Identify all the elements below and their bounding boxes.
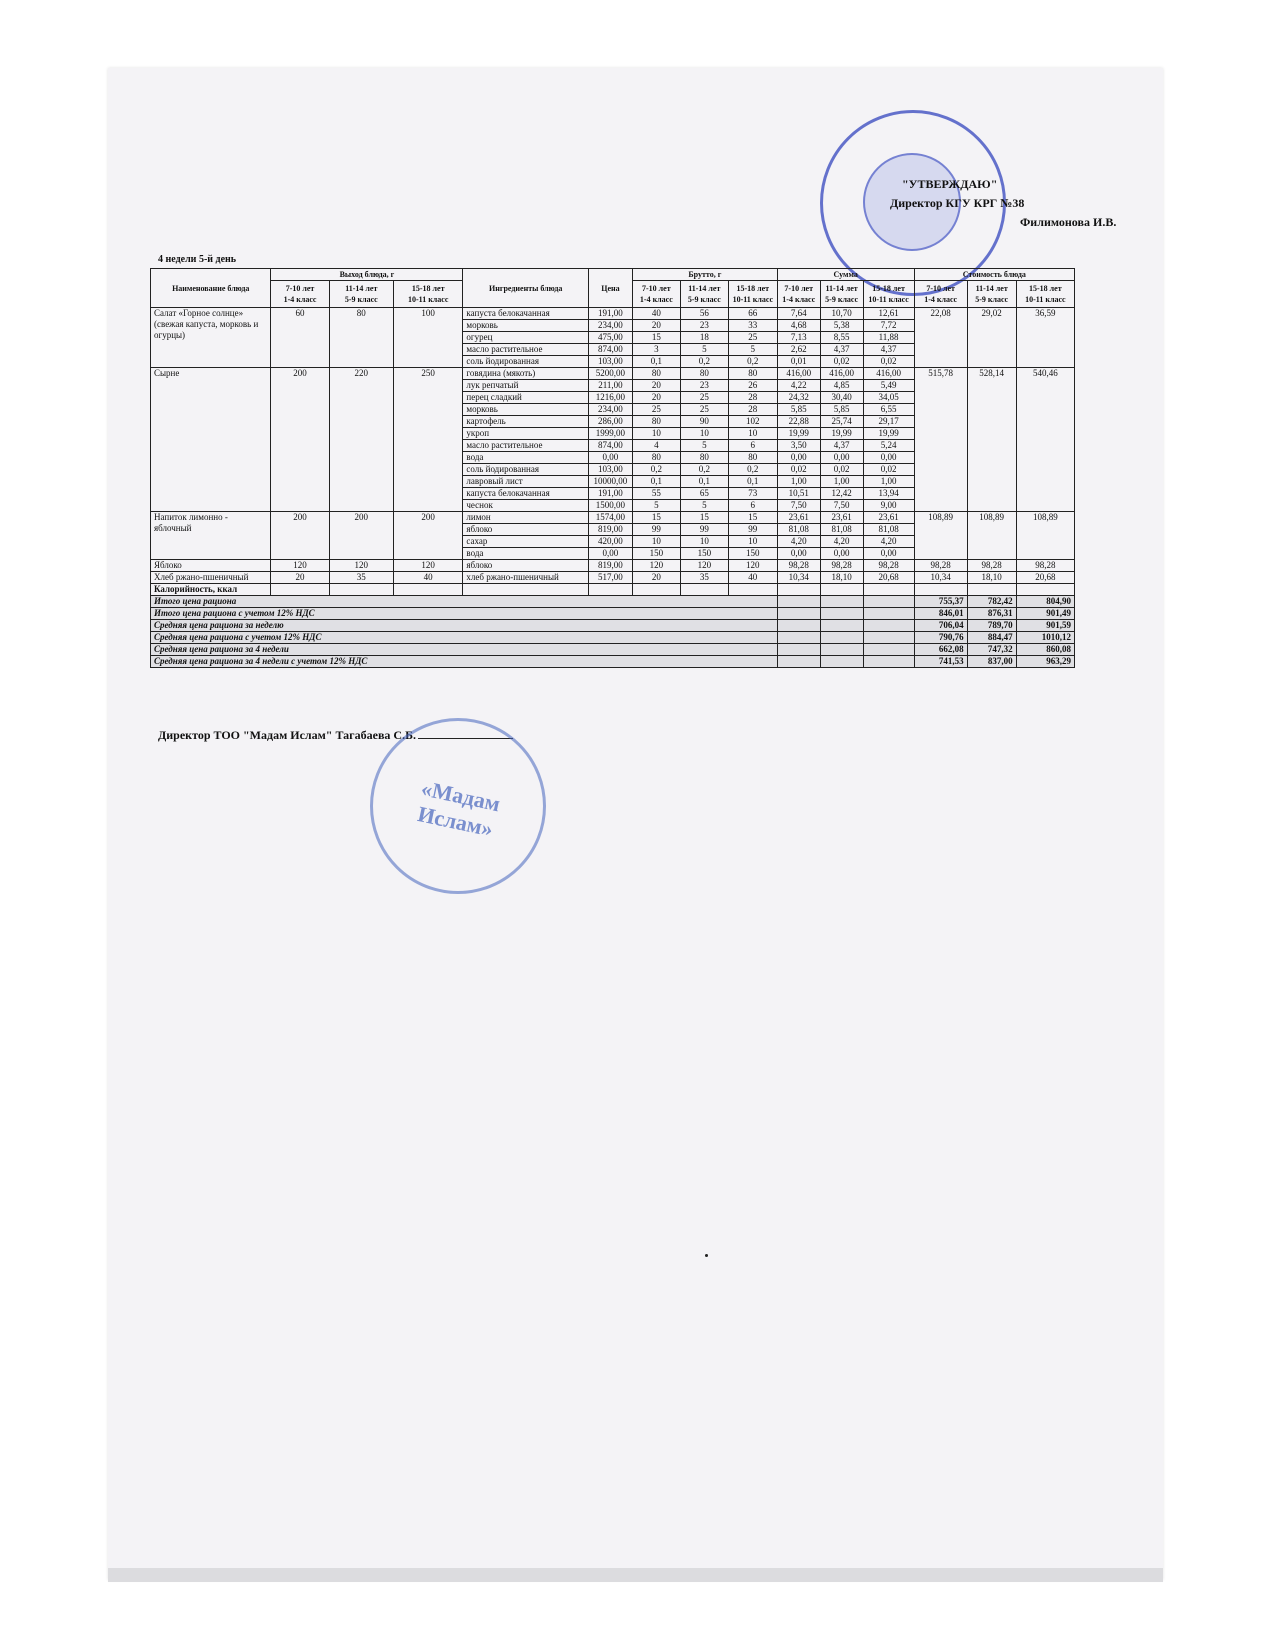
header-output: Выход блюда, г bbox=[271, 269, 463, 281]
sum-value: 0,02 bbox=[777, 464, 820, 476]
sum-value: 20,68 bbox=[863, 572, 914, 584]
brutto-value: 25 bbox=[728, 332, 777, 344]
brutto-value: 10 bbox=[728, 428, 777, 440]
dish-cost: 10,34 bbox=[914, 572, 967, 584]
sum-value: 22,88 bbox=[777, 416, 820, 428]
brutto-value: 25 bbox=[680, 404, 728, 416]
ingredient-name: перец сладкий bbox=[463, 392, 589, 404]
dish-cost: 540,46 bbox=[1016, 368, 1074, 512]
sum-value: 98,28 bbox=[820, 560, 863, 572]
sum-value: 10,34 bbox=[777, 572, 820, 584]
sum-value: 5,24 bbox=[863, 440, 914, 452]
sum-value: 19,99 bbox=[820, 428, 863, 440]
sum-value: 416,00 bbox=[777, 368, 820, 380]
summary-row: Средняя цена рациона с учетом 12% НДС790… bbox=[151, 632, 1075, 644]
dish-output: 200 bbox=[393, 512, 462, 560]
ingredient-price: 103,00 bbox=[588, 356, 632, 368]
brutto-value: 80 bbox=[632, 416, 680, 428]
sum-value: 81,08 bbox=[777, 524, 820, 536]
dish-output: 220 bbox=[329, 368, 393, 512]
ingredient-price: 5200,00 bbox=[588, 368, 632, 380]
summary-value: 1010,12 bbox=[1016, 632, 1074, 644]
approval-block: "УТВЕРЖДАЮ" Директор КГУ КРГ №38 Филимон… bbox=[890, 175, 1116, 232]
header-age-group: 7-10 лет1-4 класс bbox=[777, 281, 820, 308]
summary-row: Средняя цена рациона за 4 недели с учето… bbox=[151, 656, 1075, 668]
ingredient-name: сахар bbox=[463, 536, 589, 548]
ingredient-price: 0,00 bbox=[588, 452, 632, 464]
brutto-value: 80 bbox=[728, 452, 777, 464]
brutto-value: 6 bbox=[728, 440, 777, 452]
sum-value: 416,00 bbox=[863, 368, 914, 380]
sum-value: 4,37 bbox=[863, 344, 914, 356]
header-age-group: 7-10 лет1-4 класс bbox=[632, 281, 680, 308]
sum-value: 10,70 bbox=[820, 308, 863, 320]
calories-row: Калорийность, ккал bbox=[151, 584, 1075, 596]
ingredient-price: 191,00 bbox=[588, 488, 632, 500]
sum-value: 7,64 bbox=[777, 308, 820, 320]
dish-output: 35 bbox=[329, 572, 393, 584]
header-age-group: 11-14 лет5-9 класс bbox=[820, 281, 863, 308]
ingredient-name: морковь bbox=[463, 404, 589, 416]
table-row: Салат «Горное солнце» (свежая капуста, м… bbox=[151, 308, 1075, 320]
brutto-value: 15 bbox=[632, 332, 680, 344]
summary-row: Итого цена рациона755,37782,42804,90 bbox=[151, 596, 1075, 608]
company-stamp: «Мадам Ислам» bbox=[370, 718, 546, 894]
ingredient-name: масло растительное bbox=[463, 440, 589, 452]
dish-cost: 36,59 bbox=[1016, 308, 1074, 368]
summary-value: 755,37 bbox=[914, 596, 967, 608]
sum-value: 0,01 bbox=[777, 356, 820, 368]
dish-cost: 108,89 bbox=[1016, 512, 1074, 560]
sum-value: 2,62 bbox=[777, 344, 820, 356]
brutto-value: 10 bbox=[680, 428, 728, 440]
sum-value: 1,00 bbox=[777, 476, 820, 488]
ingredient-name: лавровый лист bbox=[463, 476, 589, 488]
ingredient-price: 874,00 bbox=[588, 344, 632, 356]
sum-value: 0,00 bbox=[863, 452, 914, 464]
sum-value: 0,02 bbox=[863, 356, 914, 368]
header-sum: Сумма bbox=[777, 269, 914, 281]
summary-label: Средняя цена рациона с учетом 12% НДС bbox=[151, 632, 778, 644]
brutto-value: 23 bbox=[680, 380, 728, 392]
sum-value: 4,20 bbox=[863, 536, 914, 548]
sum-value: 30,40 bbox=[820, 392, 863, 404]
brutto-value: 25 bbox=[632, 404, 680, 416]
summary-value: 741,53 bbox=[914, 656, 967, 668]
brutto-value: 20 bbox=[632, 380, 680, 392]
ingredient-name: соль йодированная bbox=[463, 464, 589, 476]
summary-row: Итого цена рациона с учетом 12% НДС846,0… bbox=[151, 608, 1075, 620]
sum-value: 12,42 bbox=[820, 488, 863, 500]
ingredient-name: вода bbox=[463, 548, 589, 560]
ingredient-price: 10000,00 bbox=[588, 476, 632, 488]
brutto-value: 18 bbox=[680, 332, 728, 344]
dish-name: Хлеб ржано-пшеничный bbox=[151, 572, 271, 584]
sum-value: 6,55 bbox=[863, 404, 914, 416]
brutto-value: 66 bbox=[728, 308, 777, 320]
brutto-value: 99 bbox=[632, 524, 680, 536]
brutto-value: 3 bbox=[632, 344, 680, 356]
summary-value: 901,49 bbox=[1016, 608, 1074, 620]
ingredient-name: соль йодированная bbox=[463, 356, 589, 368]
ingredient-name: капуста белокачанная bbox=[463, 308, 589, 320]
brutto-value: 80 bbox=[680, 452, 728, 464]
page-edge bbox=[108, 1568, 1163, 1582]
sum-value: 0,02 bbox=[863, 464, 914, 476]
sum-value: 29,17 bbox=[863, 416, 914, 428]
summary-label: Средняя цена рациона за неделю bbox=[151, 620, 778, 632]
brutto-value: 0,2 bbox=[728, 464, 777, 476]
dish-cost: 108,89 bbox=[914, 512, 967, 560]
ingredient-price: 1999,00 bbox=[588, 428, 632, 440]
sum-value: 4,22 bbox=[777, 380, 820, 392]
brutto-value: 10 bbox=[728, 536, 777, 548]
summary-value: 662,08 bbox=[914, 644, 967, 656]
brutto-value: 0,2 bbox=[680, 464, 728, 476]
sum-value: 0,02 bbox=[820, 464, 863, 476]
sum-value: 23,61 bbox=[777, 512, 820, 524]
brutto-value: 65 bbox=[680, 488, 728, 500]
brutto-value: 0,2 bbox=[680, 356, 728, 368]
summary-label: Итого цена рациона с учетом 12% НДС bbox=[151, 608, 778, 620]
brutto-value: 150 bbox=[728, 548, 777, 560]
dish-cost: 108,89 bbox=[967, 512, 1016, 560]
brutto-value: 20 bbox=[632, 392, 680, 404]
header-age-group: 11-14 лет5-9 класс bbox=[329, 281, 393, 308]
brutto-value: 10 bbox=[632, 428, 680, 440]
dish-name: Яблоко bbox=[151, 560, 271, 572]
sum-value: 24,32 bbox=[777, 392, 820, 404]
sum-value: 7,13 bbox=[777, 332, 820, 344]
brutto-value: 120 bbox=[728, 560, 777, 572]
header-dish-cost: Стоимость блюда bbox=[914, 269, 1074, 281]
dish-output: 60 bbox=[271, 308, 329, 368]
dish-output: 100 bbox=[393, 308, 462, 368]
summary-value: 706,04 bbox=[914, 620, 967, 632]
summary-value: 789,70 bbox=[967, 620, 1016, 632]
header-age-group: 7-10 лет1-4 класс bbox=[914, 281, 967, 308]
table-row: Яблоко120120120яблоко819,0012012012098,2… bbox=[151, 560, 1075, 572]
ingredient-name: яблоко bbox=[463, 524, 589, 536]
sum-value: 98,28 bbox=[777, 560, 820, 572]
header-age-group: 15-18 лет10-11 класс bbox=[728, 281, 777, 308]
sum-value: 7,50 bbox=[820, 500, 863, 512]
ingredient-name: морковь bbox=[463, 320, 589, 332]
brutto-value: 15 bbox=[728, 512, 777, 524]
summary-value: 804,90 bbox=[1016, 596, 1074, 608]
sum-value: 11,88 bbox=[863, 332, 914, 344]
ingredient-name: масло растительное bbox=[463, 344, 589, 356]
ingredient-name: капуста белокачанная bbox=[463, 488, 589, 500]
ingredient-price: 475,00 bbox=[588, 332, 632, 344]
dish-cost: 98,28 bbox=[914, 560, 967, 572]
ingredient-price: 286,00 bbox=[588, 416, 632, 428]
dish-cost: 20,68 bbox=[1016, 572, 1074, 584]
sum-value: 81,08 bbox=[863, 524, 914, 536]
sum-value: 10,51 bbox=[777, 488, 820, 500]
dish-cost: 515,78 bbox=[914, 368, 967, 512]
ingredient-name: чеснок bbox=[463, 500, 589, 512]
brutto-value: 102 bbox=[728, 416, 777, 428]
summary-value: 901,59 bbox=[1016, 620, 1074, 632]
summary-value: 846,01 bbox=[914, 608, 967, 620]
dish-output: 40 bbox=[393, 572, 462, 584]
ingredient-price: 517,00 bbox=[588, 572, 632, 584]
approval-position: Директор КГУ КРГ №38 bbox=[890, 194, 1116, 213]
brutto-value: 20 bbox=[632, 320, 680, 332]
brutto-value: 5 bbox=[728, 344, 777, 356]
ingredient-name: лук репчатый bbox=[463, 380, 589, 392]
ingredient-price: 191,00 bbox=[588, 308, 632, 320]
signature-text: Директор ТОО "Мадам Ислам" Тагабаева С.Б… bbox=[158, 728, 416, 742]
summary-label: Средняя цена рациона за 4 недели bbox=[151, 644, 778, 656]
sum-value: 9,00 bbox=[863, 500, 914, 512]
sum-value: 18,10 bbox=[820, 572, 863, 584]
sum-value: 5,85 bbox=[777, 404, 820, 416]
dish-output: 80 bbox=[329, 308, 393, 368]
dish-output: 120 bbox=[393, 560, 462, 572]
sum-value: 25,74 bbox=[820, 416, 863, 428]
dish-name: Напиток лимонно - яблочный bbox=[151, 512, 271, 560]
brutto-value: 10 bbox=[632, 536, 680, 548]
dish-name: Салат «Горное солнце» (свежая капуста, м… bbox=[151, 308, 271, 368]
dish-cost: 22,08 bbox=[914, 308, 967, 368]
sum-value: 0,02 bbox=[820, 356, 863, 368]
sum-value: 12,61 bbox=[863, 308, 914, 320]
brutto-value: 6 bbox=[728, 500, 777, 512]
brutto-value: 25 bbox=[680, 392, 728, 404]
summary-value: 860,08 bbox=[1016, 644, 1074, 656]
header-price: Цена bbox=[588, 269, 632, 308]
ingredient-price: 1500,00 bbox=[588, 500, 632, 512]
calories-label: Калорийность, ккал bbox=[151, 584, 271, 596]
sum-value: 4,68 bbox=[777, 320, 820, 332]
approval-name: Филимонова И.В. bbox=[1020, 213, 1116, 232]
dish-cost: 98,28 bbox=[967, 560, 1016, 572]
header-age-group: 7-10 лет1-4 класс bbox=[271, 281, 329, 308]
brutto-value: 80 bbox=[632, 452, 680, 464]
sum-value: 13,94 bbox=[863, 488, 914, 500]
brutto-value: 4 bbox=[632, 440, 680, 452]
sum-value: 0,00 bbox=[820, 548, 863, 560]
sum-value: 0,00 bbox=[863, 548, 914, 560]
header-age-group: 15-18 лет10-11 класс bbox=[863, 281, 914, 308]
sum-value: 4,85 bbox=[820, 380, 863, 392]
ingredient-price: 211,00 bbox=[588, 380, 632, 392]
brutto-value: 55 bbox=[632, 488, 680, 500]
ingredient-name: укроп bbox=[463, 428, 589, 440]
brutto-value: 0,2 bbox=[632, 464, 680, 476]
ingredient-price: 1574,00 bbox=[588, 512, 632, 524]
ingredient-price: 420,00 bbox=[588, 536, 632, 548]
sum-value: 0,00 bbox=[820, 452, 863, 464]
sum-value: 4,20 bbox=[777, 536, 820, 548]
sum-value: 98,28 bbox=[863, 560, 914, 572]
sum-value: 1,00 bbox=[863, 476, 914, 488]
sum-value: 7,72 bbox=[863, 320, 914, 332]
sum-value: 23,61 bbox=[863, 512, 914, 524]
brutto-value: 28 bbox=[728, 404, 777, 416]
brutto-value: 23 bbox=[680, 320, 728, 332]
sum-value: 4,37 bbox=[820, 344, 863, 356]
brutto-value: 5 bbox=[680, 500, 728, 512]
ingredient-name: лимон bbox=[463, 512, 589, 524]
brutto-value: 120 bbox=[680, 560, 728, 572]
dish-output: 120 bbox=[271, 560, 329, 572]
brutto-value: 0,1 bbox=[680, 476, 728, 488]
sum-value: 23,61 bbox=[820, 512, 863, 524]
brutto-value: 150 bbox=[632, 548, 680, 560]
table-row: Сырне200220250говядина (мякоть)5200,0080… bbox=[151, 368, 1075, 380]
approval-title: "УТВЕРЖДАЮ" bbox=[902, 175, 1116, 194]
ingredient-price: 819,00 bbox=[588, 560, 632, 572]
table-row: Хлеб ржано-пшеничный203540хлеб ржано-пше… bbox=[151, 572, 1075, 584]
dish-cost: 528,14 bbox=[967, 368, 1016, 512]
dish-output: 200 bbox=[271, 368, 329, 512]
brutto-value: 99 bbox=[728, 524, 777, 536]
header-row: Наименование блюдаВыход блюда, гИнгредие… bbox=[151, 269, 1075, 281]
dish-output: 120 bbox=[329, 560, 393, 572]
summary-label: Итого цена рациона bbox=[151, 596, 778, 608]
summary-value: 837,00 bbox=[967, 656, 1016, 668]
sum-value: 4,20 bbox=[820, 536, 863, 548]
header-age-group: 15-18 лет10-11 класс bbox=[393, 281, 462, 308]
brutto-value: 120 bbox=[632, 560, 680, 572]
brutto-value: 15 bbox=[632, 512, 680, 524]
sum-value: 1,00 bbox=[820, 476, 863, 488]
brutto-value: 28 bbox=[728, 392, 777, 404]
brutto-value: 35 bbox=[680, 572, 728, 584]
brutto-value: 26 bbox=[728, 380, 777, 392]
summary-value: 876,31 bbox=[967, 608, 1016, 620]
dish-cost: 98,28 bbox=[1016, 560, 1074, 572]
header-age-group: 15-18 лет10-11 класс bbox=[1016, 281, 1074, 308]
brutto-value: 20 bbox=[632, 572, 680, 584]
sum-value: 81,08 bbox=[820, 524, 863, 536]
sum-value: 5,38 bbox=[820, 320, 863, 332]
brutto-value: 5 bbox=[680, 440, 728, 452]
brutto-value: 40 bbox=[632, 308, 680, 320]
brutto-value: 5 bbox=[680, 344, 728, 356]
ingredient-name: говядина (мякоть) bbox=[463, 368, 589, 380]
sum-value: 34,05 bbox=[863, 392, 914, 404]
header-brutto: Брутто, г bbox=[632, 269, 777, 281]
brutto-value: 0,1 bbox=[632, 476, 680, 488]
brutto-value: 40 bbox=[728, 572, 777, 584]
ingredient-price: 0,00 bbox=[588, 548, 632, 560]
sum-value: 0,00 bbox=[777, 548, 820, 560]
brutto-value: 33 bbox=[728, 320, 777, 332]
dish-output: 200 bbox=[329, 512, 393, 560]
dish-output: 20 bbox=[271, 572, 329, 584]
ingredient-name: вода bbox=[463, 452, 589, 464]
brutto-value: 90 bbox=[680, 416, 728, 428]
sum-value: 5,85 bbox=[820, 404, 863, 416]
sum-value: 3,50 bbox=[777, 440, 820, 452]
header-dish-name: Наименование блюда bbox=[151, 269, 271, 308]
dish-cost: 29,02 bbox=[967, 308, 1016, 368]
table-row: Напиток лимонно - яблочный200200200лимон… bbox=[151, 512, 1075, 524]
stray-mark bbox=[705, 1254, 708, 1257]
dish-output: 250 bbox=[393, 368, 462, 512]
sum-value: 19,99 bbox=[863, 428, 914, 440]
brutto-value: 0,1 bbox=[728, 476, 777, 488]
menu-table: Наименование блюдаВыход блюда, гИнгредие… bbox=[150, 268, 1075, 668]
brutto-value: 5 bbox=[632, 500, 680, 512]
brutto-value: 80 bbox=[632, 368, 680, 380]
sum-value: 0,00 bbox=[777, 452, 820, 464]
header-age-group: 11-14 лет5-9 класс bbox=[967, 281, 1016, 308]
ingredient-price: 874,00 bbox=[588, 440, 632, 452]
summary-value: 963,29 bbox=[1016, 656, 1074, 668]
summary-value: 782,42 bbox=[967, 596, 1016, 608]
summary-row: Средняя цена рациона за 4 недели662,0874… bbox=[151, 644, 1075, 656]
header-ingredients: Ингредиенты блюда bbox=[463, 269, 589, 308]
brutto-value: 80 bbox=[728, 368, 777, 380]
week-day-label: 4 недели 5-й день bbox=[158, 254, 236, 265]
ingredient-price: 103,00 bbox=[588, 464, 632, 476]
summary-value: 884,47 bbox=[967, 632, 1016, 644]
summary-value: 747,32 bbox=[967, 644, 1016, 656]
brutto-value: 0,2 bbox=[728, 356, 777, 368]
dish-name: Сырне bbox=[151, 368, 271, 512]
brutto-value: 73 bbox=[728, 488, 777, 500]
ingredient-price: 234,00 bbox=[588, 404, 632, 416]
ingredient-price: 1216,00 bbox=[588, 392, 632, 404]
summary-value: 790,76 bbox=[914, 632, 967, 644]
sum-value: 8,55 bbox=[820, 332, 863, 344]
ingredient-price: 234,00 bbox=[588, 320, 632, 332]
ingredient-name: яблоко bbox=[463, 560, 589, 572]
brutto-value: 15 bbox=[680, 512, 728, 524]
dish-output: 200 bbox=[271, 512, 329, 560]
summary-label: Средняя цена рациона за 4 недели с учето… bbox=[151, 656, 778, 668]
ingredient-price: 819,00 bbox=[588, 524, 632, 536]
ingredient-name: хлеб ржано-пшеничный bbox=[463, 572, 589, 584]
brutto-value: 150 bbox=[680, 548, 728, 560]
brutto-value: 56 bbox=[680, 308, 728, 320]
sum-value: 4,37 bbox=[820, 440, 863, 452]
company-stamp-text: «Мадам Ислам» bbox=[379, 768, 537, 850]
brutto-value: 0,1 bbox=[632, 356, 680, 368]
dish-cost: 18,10 bbox=[967, 572, 1016, 584]
ingredient-name: огурец bbox=[463, 332, 589, 344]
sum-value: 19,99 bbox=[777, 428, 820, 440]
brutto-value: 99 bbox=[680, 524, 728, 536]
brutto-value: 80 bbox=[680, 368, 728, 380]
sum-value: 7,50 bbox=[777, 500, 820, 512]
sum-value: 416,00 bbox=[820, 368, 863, 380]
ingredient-name: картофель bbox=[463, 416, 589, 428]
header-age-group: 11-14 лет5-9 класс bbox=[680, 281, 728, 308]
brutto-value: 10 bbox=[680, 536, 728, 548]
sum-value: 5,49 bbox=[863, 380, 914, 392]
summary-row: Средняя цена рациона за неделю706,04789,… bbox=[151, 620, 1075, 632]
